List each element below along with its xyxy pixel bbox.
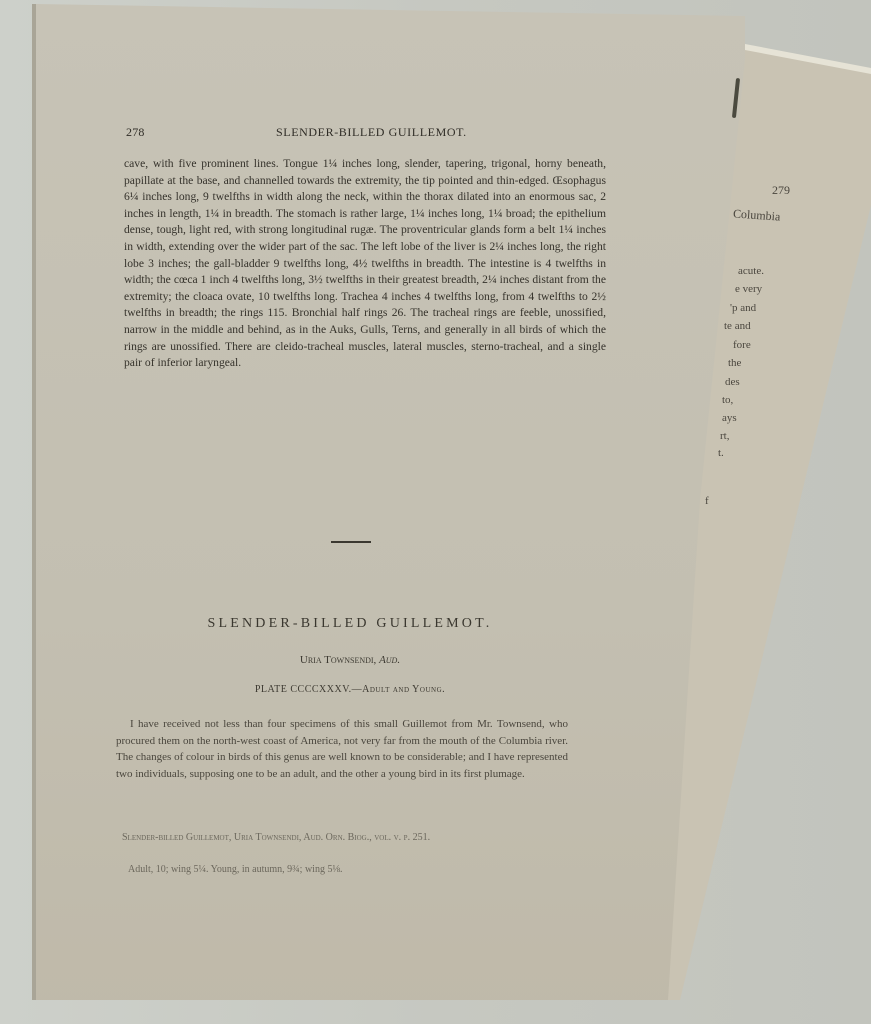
back-text-fragment: acute. bbox=[738, 265, 764, 277]
intro-paragraph: I have received not less than four speci… bbox=[116, 716, 568, 783]
back-text-fragment: fore bbox=[733, 339, 751, 351]
body-paragraph-text: cave, with five prominent lines. Tongue … bbox=[124, 156, 606, 372]
section-divider-rule bbox=[331, 541, 371, 543]
back-text-fragment: des bbox=[725, 376, 740, 388]
back-text-fragment: the bbox=[728, 357, 741, 369]
back-text-fragment: rt, bbox=[720, 430, 729, 442]
back-text-fragment: t. bbox=[718, 447, 724, 459]
page-number: 278 bbox=[126, 125, 145, 140]
back-text-fragment: f bbox=[705, 495, 709, 507]
back-text-fragment: to, bbox=[722, 394, 733, 406]
plate-number: PLATE CCCCXXXV.— bbox=[255, 684, 362, 695]
plate-caption: PLATE CCCCXXXV.—Adult and Young. bbox=[130, 684, 570, 695]
back-running-head-fragment: Columbia bbox=[733, 206, 781, 224]
measurements-line: Adult, 10; wing 5¼. Young, in autumn, 9¾… bbox=[128, 864, 568, 875]
anatomy-paragraph: cave, with five prominent lines. Tongue … bbox=[124, 156, 606, 372]
binomial-name: Uria Townsendi, bbox=[300, 654, 376, 666]
back-text-fragment: ays bbox=[722, 412, 737, 424]
back-page-number: 279 bbox=[772, 183, 790, 198]
front-page-spine-shadow bbox=[32, 4, 36, 1000]
plate-subtitle: Adult and Young. bbox=[362, 684, 445, 695]
back-text-fragment: te and bbox=[724, 320, 751, 332]
binomial-author: Aud. bbox=[379, 654, 400, 666]
back-text-fragment: e very bbox=[735, 283, 762, 295]
species-binomial: Uria Townsendi, Aud. bbox=[130, 654, 570, 666]
running-head-title: SLENDER-BILLED GUILLEMOT. bbox=[276, 125, 467, 140]
back-text-fragment: 'p and bbox=[730, 302, 756, 314]
synonym-citation: Slender-billed Guillemot, Uria Townsendi… bbox=[122, 832, 562, 843]
section-title: SLENDER-BILLED GUILLEMOT. bbox=[130, 616, 570, 632]
